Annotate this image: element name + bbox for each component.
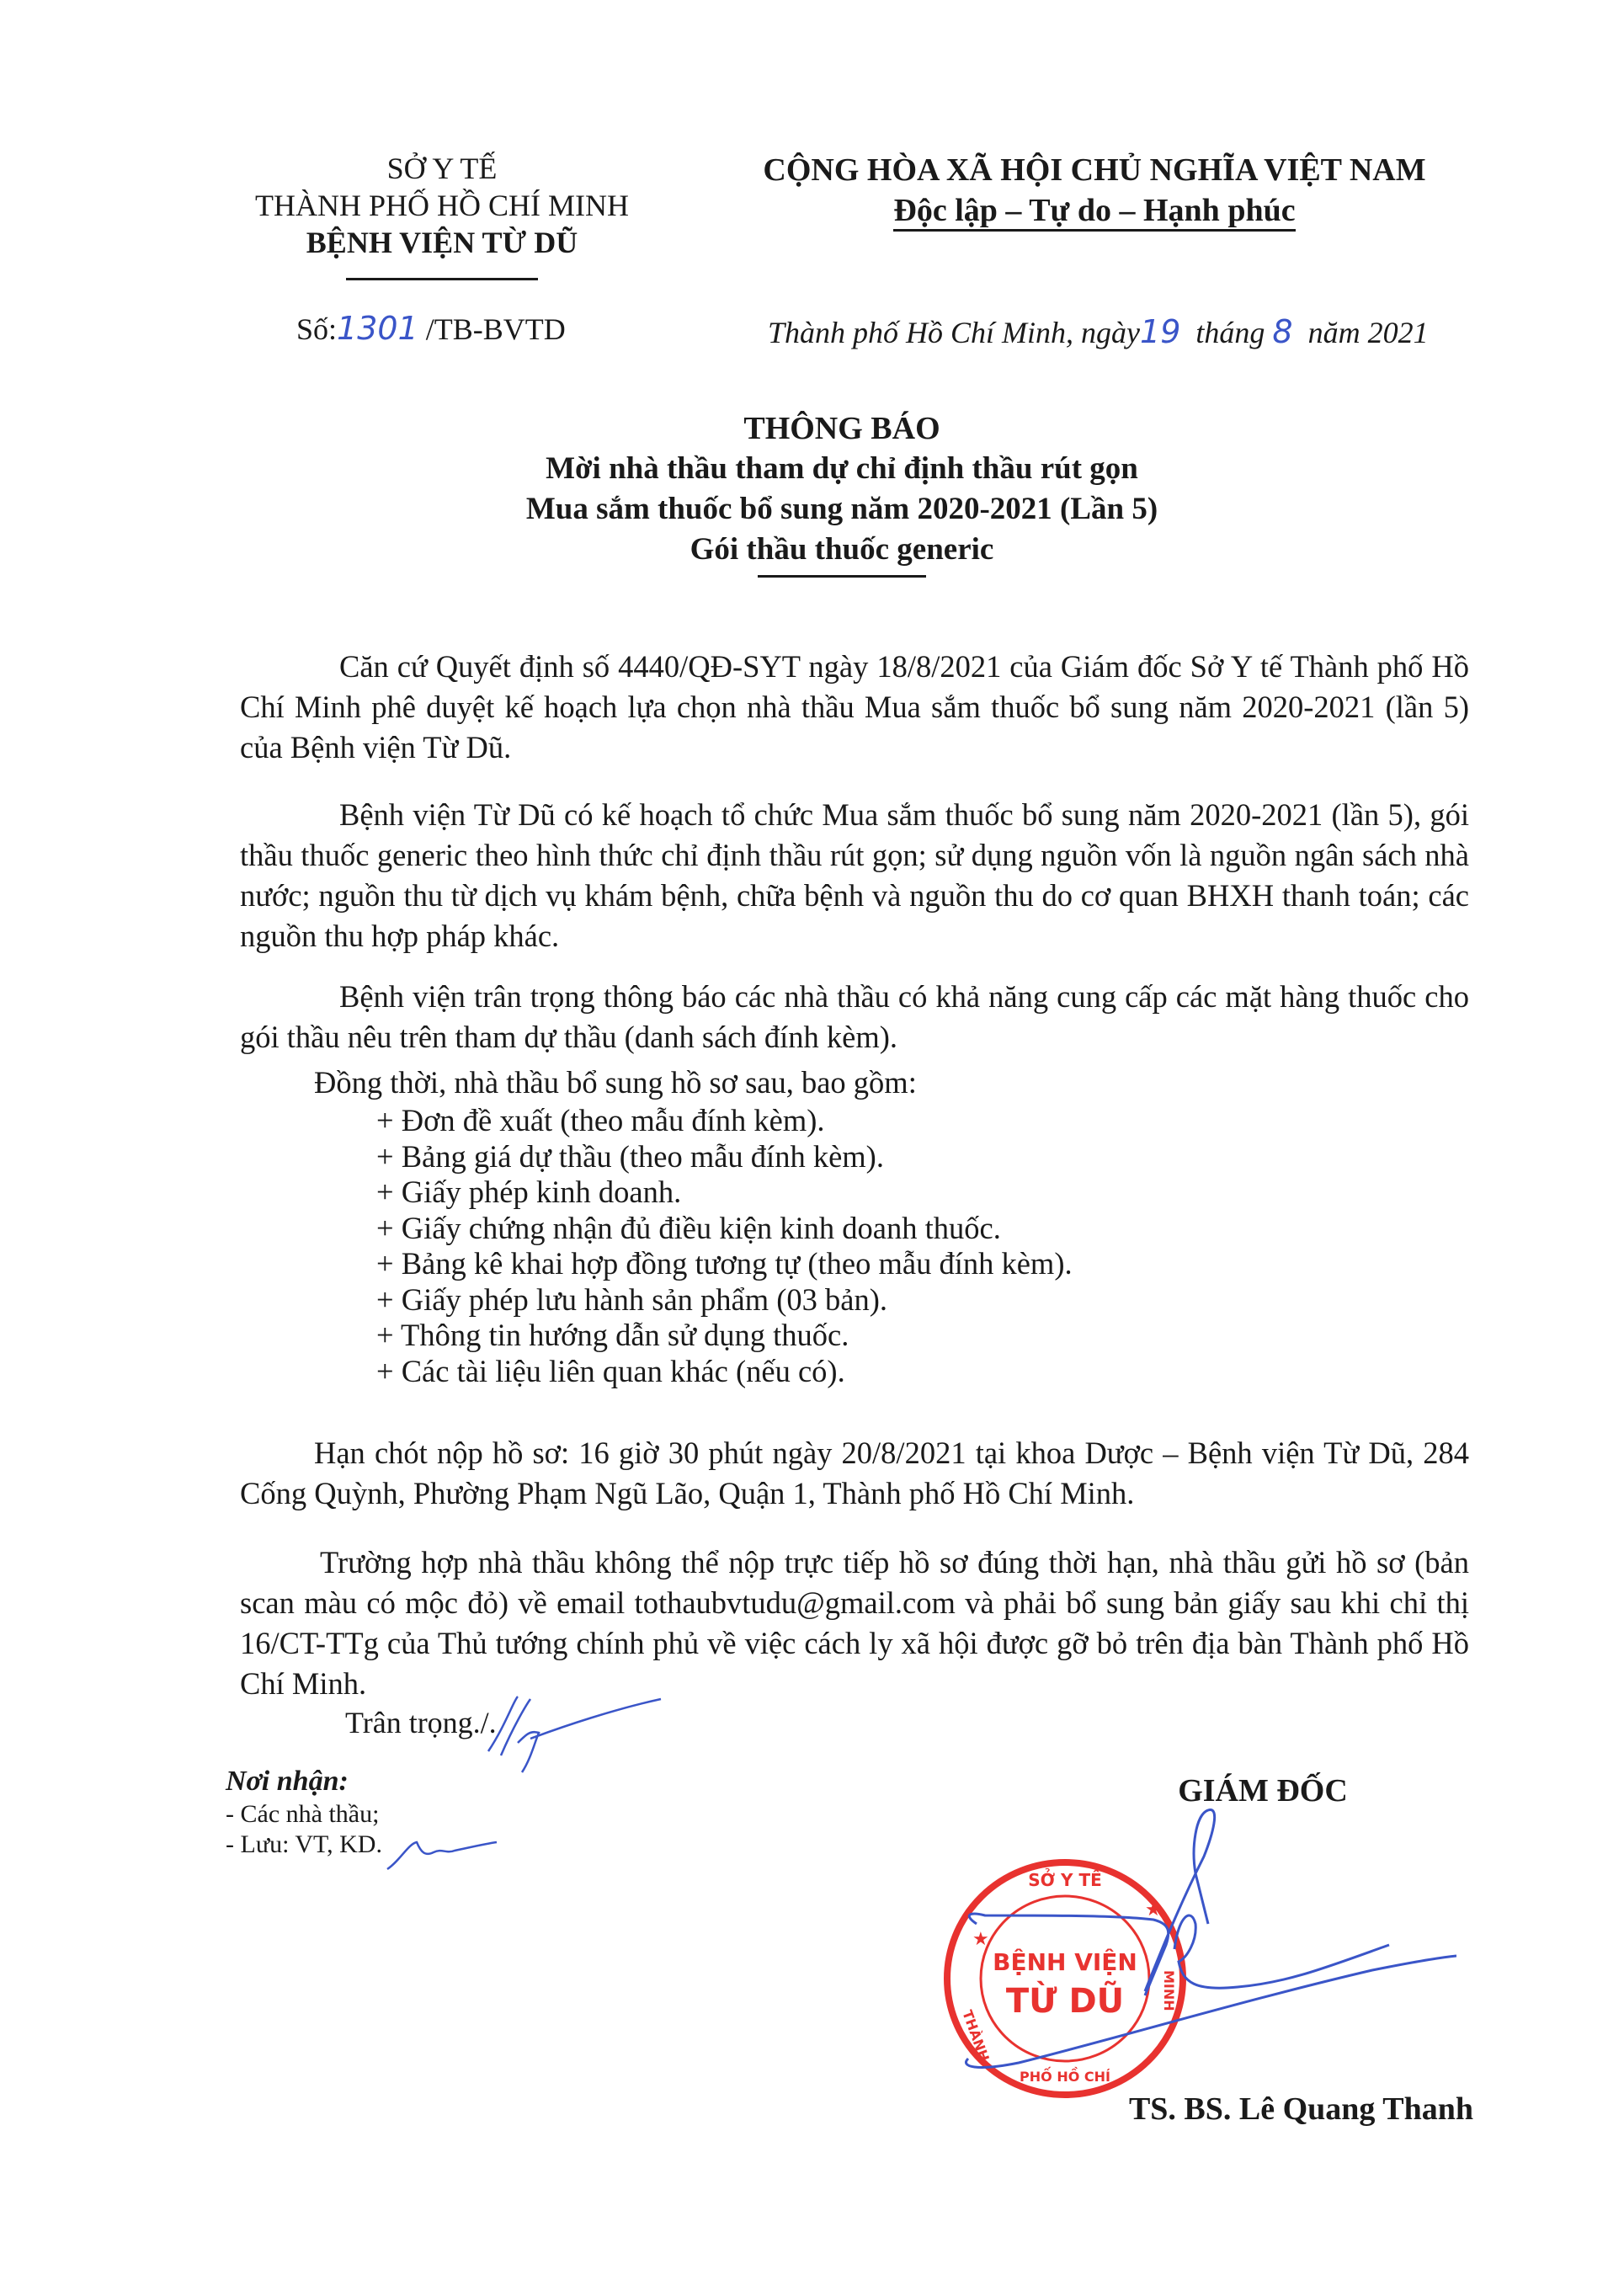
place-label: Thành phố Hồ Chí Minh, ngày bbox=[768, 316, 1140, 349]
director-signature-icon bbox=[951, 1798, 1456, 2101]
doc-number-suffix: /TB-BVTD bbox=[426, 312, 566, 346]
signatory-name: TS. BS. Lê Quang Thanh bbox=[968, 2091, 1473, 2128]
doc-number-prefix: Số: bbox=[296, 312, 337, 346]
notice-subtitle-2: Mua sắm thuốc bổ sung năm 2020-2021 (Lần… bbox=[421, 489, 1263, 530]
nation-name: CỘNG HÒA XÃ HỘI CHỦ NGHĨA VIỆT NAM bbox=[724, 150, 1465, 190]
date-month: 8 bbox=[1272, 313, 1292, 350]
place-date: Thành phố Hồ Chí Minh, ngày19 tháng 8 nă… bbox=[768, 313, 1429, 350]
paragraph-invitation: Bệnh viện trân trọng thông báo các nhà t… bbox=[240, 977, 1469, 1057]
national-header-block: CỘNG HÒA XÃ HỘI CHỦ NGHĨA VIỆT NAM Độc l… bbox=[724, 150, 1465, 232]
recipient-item: - Lưu: VT, KD. bbox=[226, 1830, 382, 1860]
recipients-block: Nơi nhận: - Các nhà thầu; - Lưu: VT, KD. bbox=[226, 1764, 382, 1860]
notice-subtitle-3: Gói thầu thuốc generic bbox=[421, 530, 1263, 570]
list-item: + Giấy phép kinh doanh. bbox=[376, 1175, 1073, 1211]
agency-line-3: BỆNH VIỆN TỪ DŨ bbox=[210, 224, 674, 261]
list-item: + Thông tin hướng dẫn sử dụng thuốc. bbox=[376, 1318, 1073, 1354]
agency-line-2: THÀNH PHỐ HỒ CHÍ MINH bbox=[210, 187, 674, 224]
list-item: + Các tài liệu liên quan khác (nếu có). bbox=[376, 1354, 1073, 1390]
closing-greeting: Trân trọng./. bbox=[345, 1705, 497, 1740]
paragraph-procurement-plan: Bệnh viện Từ Dũ có kế hoạch tổ chức Mua … bbox=[240, 795, 1469, 956]
document-number: Số:1301 /TB-BVTD bbox=[296, 310, 566, 347]
title-divider bbox=[758, 575, 926, 578]
recipients-label: Nơi nhận: bbox=[226, 1764, 382, 1799]
agency-line-1: SỞ Y TẾ bbox=[210, 150, 674, 187]
month-label: tháng bbox=[1195, 316, 1265, 349]
list-item: + Giấy phép lưu hành sản phẩm (03 bản). bbox=[376, 1282, 1073, 1318]
paragraph-legal-basis: Căn cứ Quyết định số 4440/QĐ-SYT ngày 18… bbox=[240, 647, 1469, 768]
paragraph-email-submission: Trường hợp nhà thầu không thể nộp trực t… bbox=[240, 1542, 1469, 1704]
agency-divider bbox=[346, 278, 538, 280]
notice-title-block: THÔNG BÁO Mời nhà thầu tham dự chỉ định … bbox=[421, 408, 1263, 578]
list-item: + Bảng giá dự thầu (theo mẫu đính kèm). bbox=[376, 1139, 1073, 1175]
initial-signature-icon bbox=[383, 1835, 501, 1878]
national-motto: Độc lập – Tự do – Hạnh phúc bbox=[893, 194, 1295, 232]
list-item: + Đơn đề xuất (theo mẫu đính kèm). bbox=[376, 1103, 1073, 1139]
issuing-agency-block: SỞ Y TẾ THÀNH PHỐ HỒ CHÍ MINH BỆNH VIỆN … bbox=[210, 150, 674, 280]
paragraph-requirements-intro: Đồng thời, nhà thầu bổ sung hồ sơ sau, b… bbox=[240, 1063, 1469, 1103]
doc-number-handwritten: 1301 bbox=[337, 310, 418, 347]
recipient-item: - Các nhà thầu; bbox=[226, 1799, 382, 1830]
list-item: + Giấy chứng nhận đủ điều kiện kinh doan… bbox=[376, 1211, 1073, 1247]
date-day: 19 bbox=[1140, 313, 1180, 350]
initial-signature-icon bbox=[480, 1692, 665, 1777]
notice-title: THÔNG BÁO bbox=[421, 408, 1263, 449]
year-label: năm 2021 bbox=[1308, 316, 1429, 349]
paragraph-deadline: Hạn chót nộp hồ sơ: 16 giờ 30 phút ngày … bbox=[240, 1433, 1469, 1514]
list-item: + Bảng kê khai hợp đồng tương tự (theo m… bbox=[376, 1246, 1073, 1282]
requirements-list: + Đơn đề xuất (theo mẫu đính kèm). + Bản… bbox=[376, 1103, 1073, 1389]
notice-subtitle-1: Mời nhà thầu tham dự chỉ định thầu rút g… bbox=[421, 449, 1263, 489]
